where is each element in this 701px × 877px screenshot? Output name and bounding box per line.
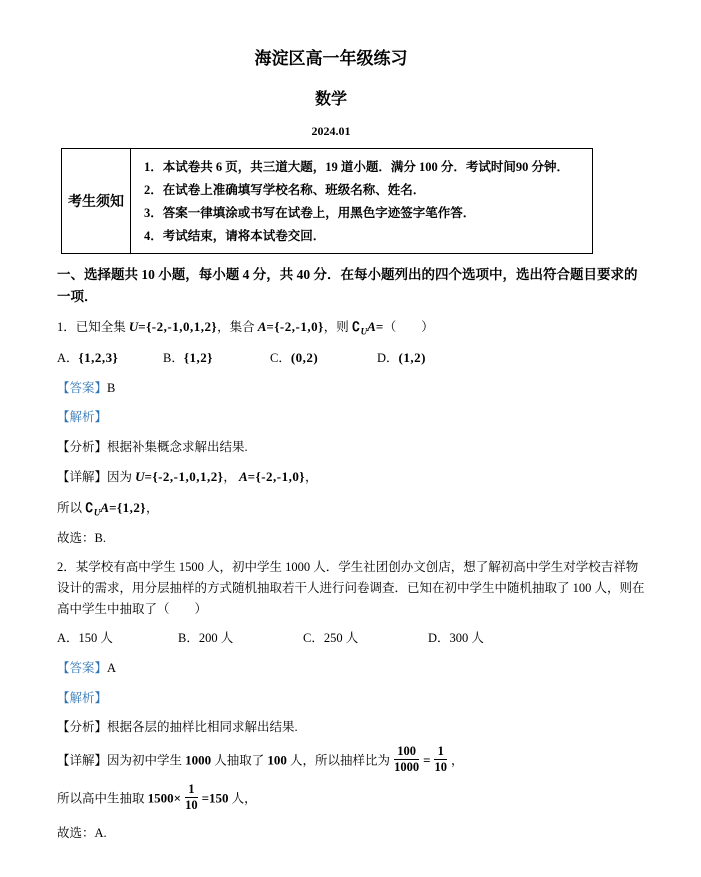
q2-fenxi-text: 根据各层的抽样比相同求解出结果. [107,720,298,734]
q1-suoyi-text-2: ， [146,501,159,515]
q1-xiangjie-text-2: ， [223,470,236,484]
complement-notation: ∁UA [85,501,109,515]
q1-suoyi-line: 所以 ∁UA={1,2}， [57,497,645,519]
equals-sign: = [423,752,430,767]
q1-xiangjie-line: 【详解】因为 U={-2,-1,0,1,2}， A={-2,-1,0}， [57,466,645,488]
q2-option-d: D．300 人 [428,629,645,648]
fraction-numerator: 1 [434,745,447,760]
q1-option-b: B．{1,2} [163,348,270,368]
complement-notation: ∁UA= [352,320,384,334]
fraction-1-10: 110 [434,745,447,774]
fraction-denominator: 1000 [394,760,419,774]
q1-option-a: A．{1,2,3} [57,348,163,368]
q1-option-d: D．(1,2) [377,348,645,368]
q2-fenxi-label: 【分析】 [57,720,107,734]
q1-answer-label: 【答案】 [57,381,107,395]
q2-fenxi-line: 【分析】根据各层的抽样比相同求解出结果. [57,717,645,738]
q1-xiangjie-u-var: U [135,469,144,484]
q2-answer-value: A [107,661,116,675]
subject-title: 数学 [57,86,605,109]
q1-set-a-body: ={-2,-1,0} [266,319,323,334]
q2-detail-num-100: 100 [267,752,287,767]
q2-option-c-letter: C． [303,631,324,645]
q1-guxuan-line: 故选：B. [57,528,645,549]
complement-variable: A [100,500,109,515]
q1-stem-text-2: ，集合 [217,320,258,334]
q1-option-a-letter: A． [57,351,79,365]
fraction-100-1000: 1001000 [394,745,419,774]
q1-option-c-value: (0,2) [291,350,318,365]
q2-guxuan-line: 故选：A. [57,823,645,844]
q1-stem-text-3: ，则 [324,320,352,334]
notice-item-3: 3．答案一律填涂或书写在试卷上，用黑色字迹签字笔作答． [144,202,580,225]
q1-fenxi-line: 【分析】根据补集概念求解出结果. [57,437,645,458]
complement-variable: A [367,319,376,334]
q2-option-a-value: 150 人 [79,631,113,645]
q1-set-u-body: ={-2,-1,0,1,2} [138,319,217,334]
q1-suoyi-result: ={1,2} [109,500,146,515]
q1-jiexi-label: 【解析】 [57,410,107,424]
q1-option-a-value: {1,2,3} [79,350,119,365]
q2-detail-text-4: ， [451,753,464,767]
q1-fenxi-label: 【分析】 [57,440,107,454]
q2-answer-line: 【答案】A [57,658,645,679]
q1-xiangjie-label: 【详解】 [57,470,107,484]
fraction-numerator: 100 [394,745,419,760]
q1-set-u-var: U [129,319,138,334]
section-1-heading: 一、选择题共 10 小题，每小题 4 分，共 40 分．在每小题列出的四个选项中… [57,264,645,307]
q1-xiangjie-a-var: A [239,469,248,484]
document-title: 海淀区高一年级练习 [57,44,605,69]
q1-answer-line: 【答案】B [57,378,645,399]
q2-option-c-value: 250 人 [324,631,358,645]
q1-xiangjie-text-1: 因为 [107,470,135,484]
q2-option-b: B．200 人 [178,629,303,648]
fraction-numerator: 1 [185,783,198,798]
q2-option-a: A．150 人 [57,629,178,648]
q1-option-c-letter: C． [270,351,291,365]
exam-document-page: 海淀区高一年级练习 数学 2024.01 考生须知 1．本试卷共 6 页，共三道… [0,0,701,863]
q2-analysis-header: 【解析】 [57,688,645,709]
notice-body: 1．本试卷共 6 页，共三道大题，19 道小题．满分 100 分．考试时间90 … [131,149,593,254]
equals-sign: = [202,791,209,806]
notice-table: 考生须知 1．本试卷共 6 页，共三道大题，19 道小题．满分 100 分．考试… [61,148,593,254]
q1-option-c: C．(0,2) [270,348,377,368]
q2-line2-num-1500: 1500 [148,791,174,806]
q2-line2-num-150: 150 [209,791,229,806]
q2-xiangjie-line: 【详解】因为初中学生 1000 人抽取了 100 人，所以抽样比为1001000… [57,747,645,776]
question-1-options: A．{1,2,3} B．{1,2} C．(0,2) D．(1,2) [57,348,645,368]
q2-line2-text-1: 所以高中生抽取 [57,792,148,806]
q2-line2-text-2: 人， [228,792,256,806]
notice-item-4: 4．考试结束，请将本试卷交回． [144,225,580,248]
q1-stem-text-1: 1．已知全集 [57,320,129,334]
q2-option-b-value: 200 人 [199,631,233,645]
q2-detail-text-1: 因为初中学生 [107,753,185,767]
q1-option-b-value: {1,2} [184,350,213,365]
multiply-sign: × [174,791,181,806]
fraction-denominator: 10 [434,760,447,774]
question-2-stem: 2．某学校有高中学生 1500 人，初中学生 1000 人．学生社团创办文创店，… [57,557,645,619]
question-1-stem: 1．已知全集 U={-2,-1,0,1,2}，集合 A={-2,-1,0}，则 … [57,316,645,338]
q1-answer-value: B [107,381,115,395]
q1-fenxi-text: 根据补集概念求解出结果. [107,440,248,454]
fraction-denominator: 10 [185,798,198,812]
q2-option-c: C．250 人 [303,629,428,648]
q2-suoyi-line: 所以高中生抽取 1500×110=150 人， [57,785,645,814]
q2-detail-text-2: 人抽取了 [211,753,267,767]
notice-item-2: 2．在试卷上准确填写学校名称、班级名称、姓名． [144,179,580,202]
fraction-1-10: 110 [185,783,198,812]
q2-option-b-letter: B． [178,631,199,645]
notice-item-1: 1．本试卷共 6 页，共三道大题，19 道小题．满分 100 分．考试时间90 … [144,156,580,179]
q2-option-d-letter: D． [428,631,450,645]
exam-date: 2024.01 [57,124,605,139]
q1-xiangjie-u-body: ={-2,-1,0,1,2} [145,469,224,484]
q1-answer-paren: （ ） [384,320,434,334]
question-2-options: A．150 人 B．200 人 C．250 人 D．300 人 [57,629,645,648]
q1-analysis-header: 【解析】 [57,407,645,428]
q2-option-d-value: 300 人 [450,631,484,645]
q2-detail-num-1000: 1000 [185,752,211,767]
equals-sign: = [376,319,384,334]
q1-xiangjie-text-3: ， [305,470,318,484]
q2-xiangjie-label: 【详解】 [57,753,107,767]
q1-suoyi-text-1: 所以 [57,501,85,515]
q2-detail-text-3: 人，所以抽样比为 [287,753,390,767]
q2-jiexi-label: 【解析】 [57,691,107,705]
complement-symbol: ∁ [85,500,94,515]
q1-option-d-value: (1,2) [399,350,426,365]
q2-answer-label: 【答案】 [57,661,107,675]
q2-option-a-letter: A． [57,631,79,645]
q1-option-d-letter: D． [377,351,399,365]
notice-label: 考生须知 [62,149,131,254]
q1-xiangjie-a-body: ={-2,-1,0} [248,469,305,484]
q1-option-b-letter: B． [163,351,184,365]
complement-symbol: ∁ [352,319,361,334]
